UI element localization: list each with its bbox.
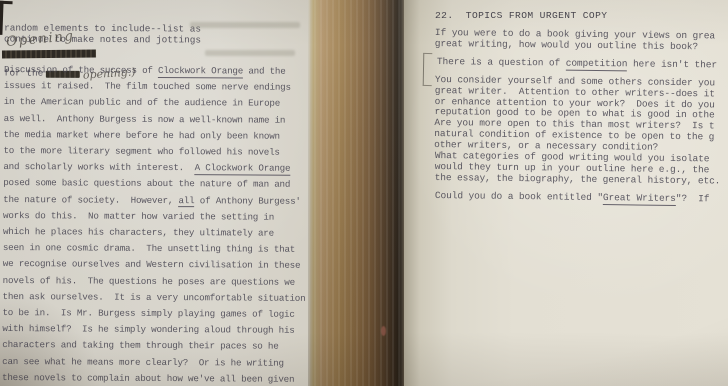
right-page-paragraph-3: You consider yourself and some others co… (434, 75, 715, 154)
right-page-paragraph-1: If you were to do a book giving your vie… (435, 28, 715, 53)
bound-page-edges (308, 0, 412, 386)
right-page-heading: 22. TOPICS FROM URGENT COPY (435, 10, 607, 21)
manuscript-photo: random elements to include--list asconti… (0, 0, 728, 386)
red-smudge (381, 326, 386, 336)
show-through-mark (205, 50, 295, 56)
pencil-bracket-mark (423, 53, 433, 86)
right-page-paragraph-4: What categories of good writing would yo… (435, 151, 721, 187)
left-page-body-text: Discussion of the success of Clockwork O… (2, 62, 307, 386)
struck-out-line (2, 50, 96, 59)
left-page: random elements to include--list asconti… (0, 0, 310, 386)
show-through-mark (190, 22, 300, 28)
